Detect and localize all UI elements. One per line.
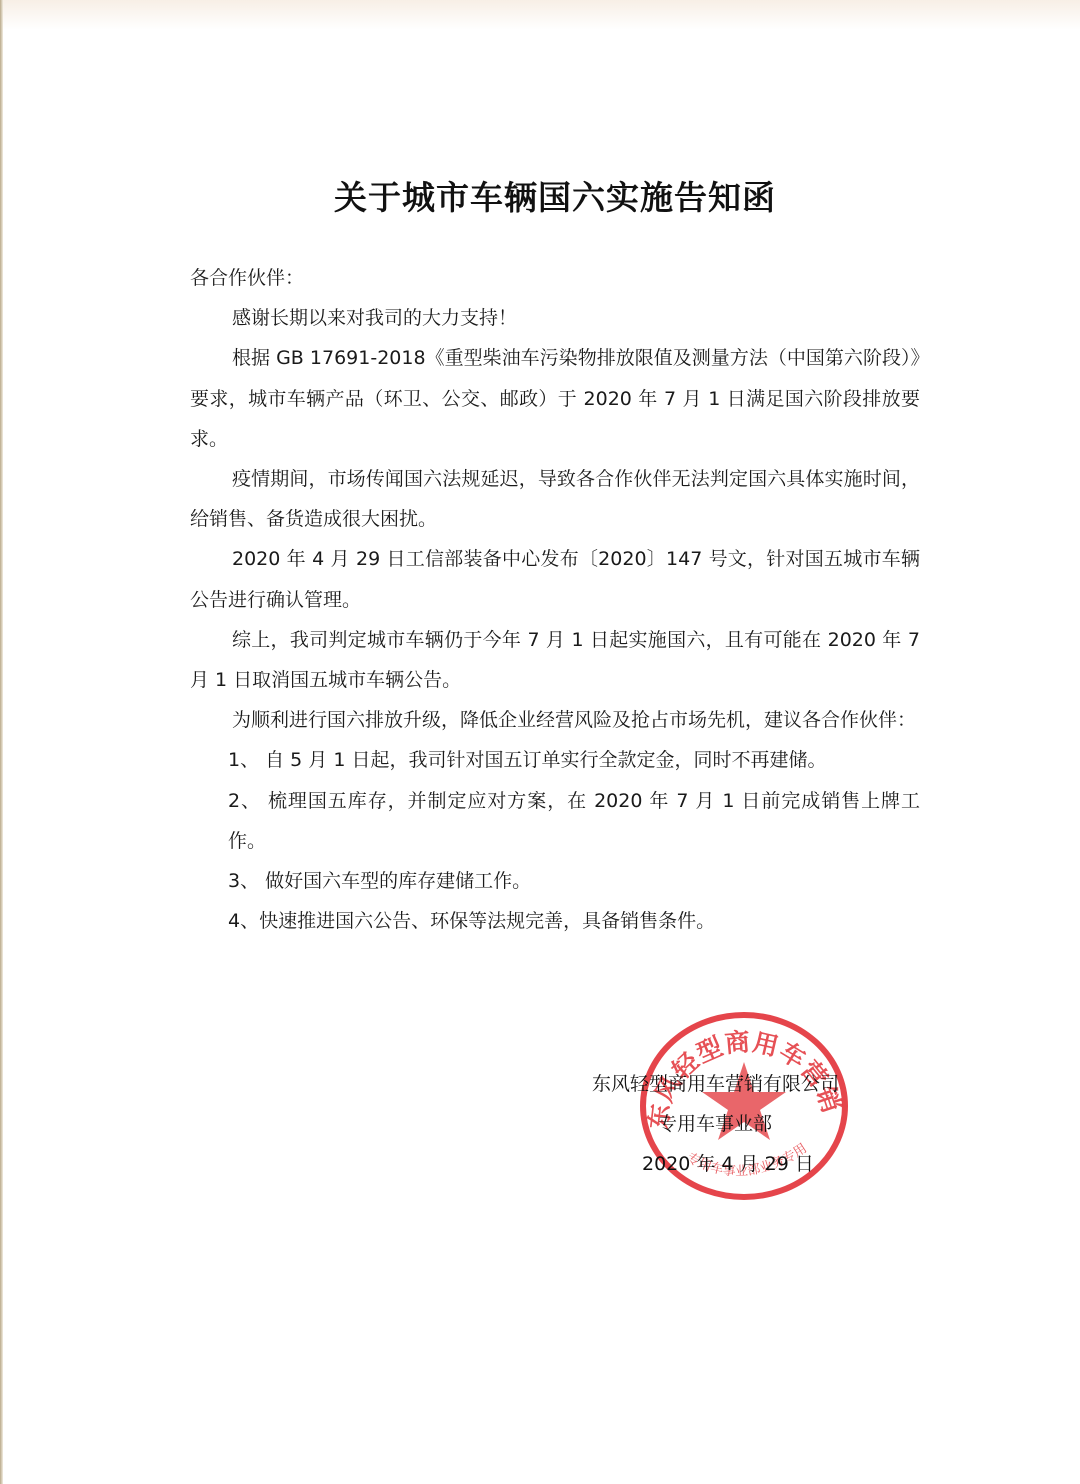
paragraph-pandemic: 疫情期间，市场传闻国六法规延迟，导致各合作伙伴无法判定国六具体实施时间，给销售、… <box>190 459 920 539</box>
signature-department: 专用车事业部 <box>592 1104 882 1144</box>
paragraph-recommendation-intro: 为顺利进行国六排放升级，降低企业经营风险及抢占市场先机，建议各合作伙伴： <box>190 700 920 740</box>
recommendation-item: 4、快速推进国六公告、环保等法规完善，具备销售条件。 <box>190 901 920 941</box>
scan-left-edge <box>0 0 3 1484</box>
salutation: 各合作伙伴： <box>190 258 920 298</box>
paragraph-standard: 根据 GB 17691-2018《重型柴油车污染物排放限值及测量方法（中国第六阶… <box>190 338 920 459</box>
paragraph-thanks: 感谢长期以来对我司的大力支持！ <box>190 298 920 338</box>
signature-block: 东风轻型商用车营销有限公司 专用车事业部 2020 年 4 月 29 日 <box>592 1064 882 1184</box>
paragraph-announcement: 2020 年 4 月 29 日工信部装备中心发布〔2020〕147 号文，针对国… <box>190 539 920 619</box>
recommendation-item: 3、 做好国六车型的库存建储工作。 <box>190 861 920 901</box>
recommendation-item: 2、 梳理国五库存，并制定应对方案，在 2020 年 7 月 1 日前完成销售上… <box>190 781 920 861</box>
scan-top-shading <box>0 0 1080 30</box>
paragraph-conclusion: 综上，我司判定城市车辆仍于今年 7 月 1 日起实施国六，且有可能在 2020 … <box>190 620 920 700</box>
document-body: 各合作伙伴： 感谢长期以来对我司的大力支持！ 根据 GB 17691-2018《… <box>190 258 920 941</box>
signature-company: 东风轻型商用车营销有限公司 <box>592 1064 882 1104</box>
document-title: 关于城市车辆国六实施告知函 <box>0 172 1080 219</box>
signature-date: 2020 年 4 月 29 日 <box>592 1144 882 1184</box>
recommendation-item: 1、 自 5 月 1 日起，我司针对国五订单实行全款定金，同时不再建储。 <box>190 740 920 780</box>
